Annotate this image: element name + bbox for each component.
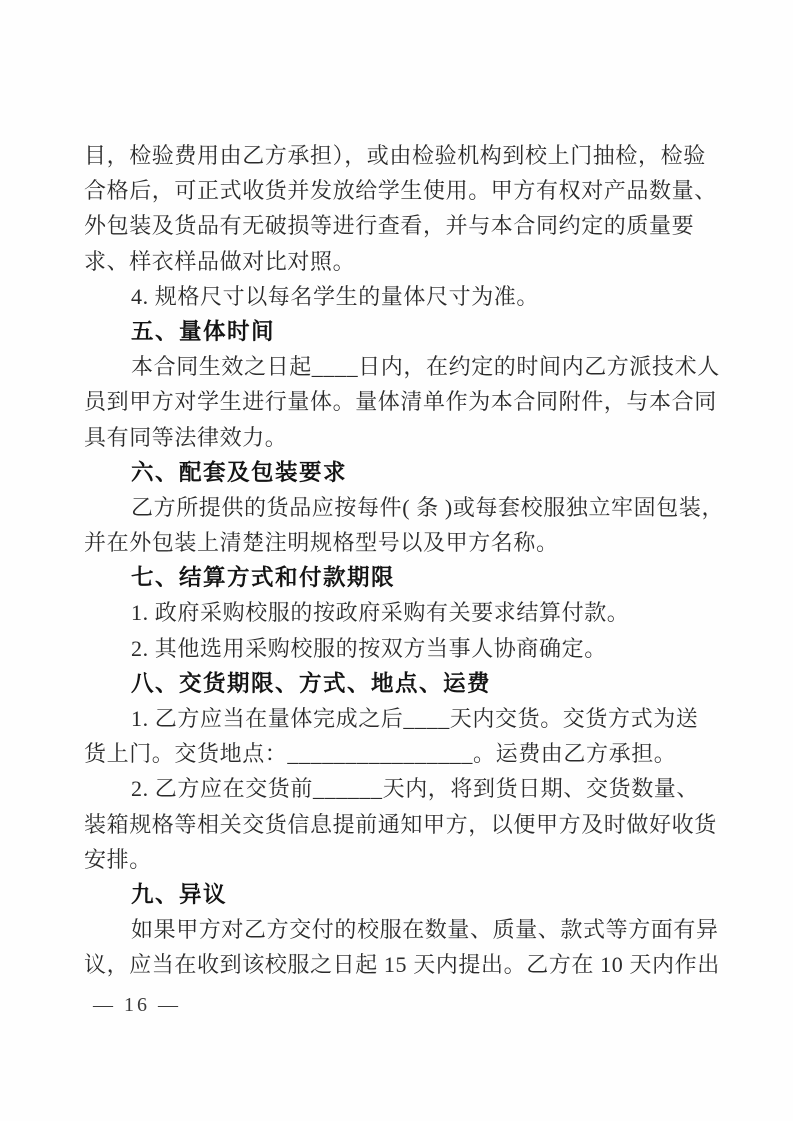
contract-text-line: 并在外包装上清楚注明规格型号以及甲方名称。 — [84, 525, 720, 560]
heading-section-9-objection: 九、异议 — [84, 877, 720, 912]
contract-text-line: 具有同等法律效力。 — [84, 420, 720, 455]
contract-text-line: 本合同生效之日起____日内，在约定的时间内乙方派技术人 — [84, 349, 720, 384]
contract-text-line: 合格后，可正式收货并发放给学生使用。甲方有权对产品数量、 — [84, 173, 720, 208]
page-number: — 16 — — [93, 994, 181, 1017]
contract-clause-line: 1. 政府采购校服的按政府采购有关要求结算付款。 — [84, 595, 720, 630]
contract-text-line: 2. 乙方应在交货前______天内，将到货日期、交货数量、 — [84, 771, 720, 806]
contract-clause-line: 4. 规格尺寸以每名学生的量体尺寸为准。 — [84, 279, 720, 314]
contract-text-line: 装箱规格等相关交货信息提前通知甲方，以便甲方及时做好收货 — [84, 807, 720, 842]
document-page: 目，检验费用由乙方承担），或由检验机构到校上门抽检，检验 合格后，可正式收货并发… — [0, 0, 793, 1121]
contract-clause-line: 2. 其他选用采购校服的按双方当事人协商确定。 — [84, 631, 720, 666]
contract-text-line: 议，应当在收到该校服之日起 15 天内提出。乙方在 10 天内作出 — [84, 947, 720, 982]
contract-text-line: 员到甲方对学生进行量体。量体清单作为本合同附件，与本合同 — [84, 384, 720, 419]
contract-text-line: 外包装及货品有无破损等进行查看，并与本合同约定的质量要 — [84, 208, 720, 243]
contract-text-line: 目，检验费用由乙方承担），或由检验机构到校上门抽检，检验 — [84, 138, 720, 173]
contract-text-line: 乙方所提供的货品应按每件( 条 )或每套校服独立牢固包装， — [84, 490, 720, 525]
contract-text-line: 求、样衣样品做对比对照。 — [84, 244, 720, 279]
heading-section-7-settlement-payment: 七、结算方式和付款期限 — [84, 560, 720, 595]
heading-section-6-packaging-requirements: 六、配套及包装要求 — [84, 455, 720, 490]
contract-text-line: 货上门。交货地点：________________。运费由乙方承担。 — [84, 736, 720, 771]
contract-text-body: 目，检验费用由乙方承担），或由检验机构到校上门抽检，检验 合格后，可正式收货并发… — [84, 138, 720, 983]
contract-text-line: 如果甲方对乙方交付的校服在数量、质量、款式等方面有异 — [84, 912, 720, 947]
contract-text-line: 1. 乙方应当在量体完成之后____天内交货。交货方式为送 — [84, 701, 720, 736]
heading-section-8-delivery-terms: 八、交货期限、方式、地点、运费 — [84, 666, 720, 701]
heading-section-5-measurement-time: 五、量体时间 — [84, 314, 720, 349]
contract-text-line: 安排。 — [84, 842, 720, 877]
